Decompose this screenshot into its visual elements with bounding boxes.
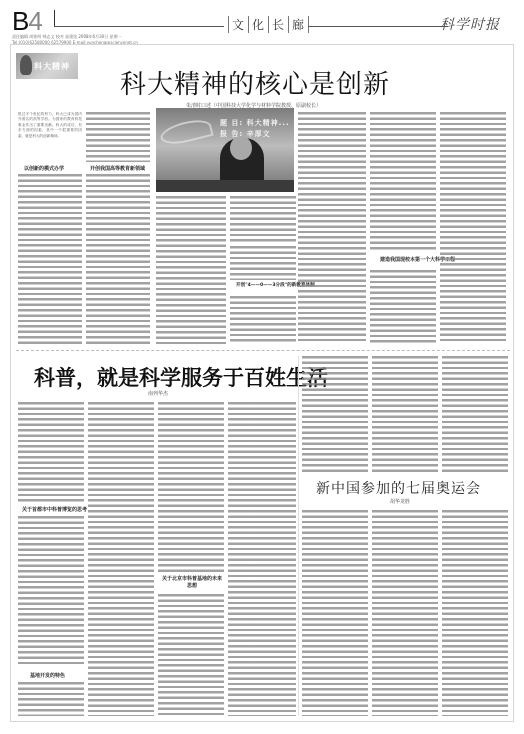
article2-col-3b: [158, 594, 224, 716]
photo-banner-text: 题 目: 科大精神... 报 告: 辛厚文: [220, 118, 294, 140]
article2-byline: 南列华杰: [148, 390, 168, 397]
article1-lead-paragraph: 报过半个世纪的努力，科大已成为国内外著名的高等学府。为国家的教育科技事业作出了重…: [18, 112, 82, 162]
article1-col-3: [156, 196, 226, 344]
article3-title: 新中国参加的七届奥运会: [316, 478, 481, 498]
article2-col-1c: [18, 682, 84, 716]
article1-col-2: [86, 174, 150, 344]
article1-col-6b: [370, 270, 436, 344]
speaker-face: [230, 136, 252, 160]
article1-subhead-1: 以创新的模式办学: [24, 165, 64, 172]
article1-col-7: [440, 112, 506, 344]
article2-subhead-3: 基地开发的特色: [30, 672, 65, 679]
section-char: 文: [228, 16, 248, 33]
article1-col-2a: [86, 112, 150, 162]
masthead: B4 文化长廊 科学时报 责任编辑 周铭明 韩志文 校对 高建选 2008年6月…: [10, 6, 516, 44]
header-rule-right: [308, 26, 448, 27]
banner-swirl: [158, 116, 213, 148]
column-logo-text: 科大精神: [34, 61, 70, 72]
article1-col-5: [298, 112, 366, 344]
article3-byline: 胡华龙胜: [390, 498, 410, 505]
article1-col-4c: [230, 296, 296, 344]
article1-col-1: [18, 174, 82, 344]
article1-col-4b: [230, 246, 296, 280]
article3-col-2b: [372, 510, 438, 716]
article2-title: 科普，就是科学服务于百姓生活: [34, 362, 328, 392]
article-divider: [16, 350, 510, 351]
article2-col-1a: [18, 402, 84, 502]
article3-col-3b: [442, 510, 508, 716]
article2-subhead-1: 关于首都市中科普博览的思考: [22, 506, 87, 513]
header-rule-left: [54, 26, 224, 27]
section-char: 长: [268, 16, 288, 33]
article1-photo: 题 目: 科大精神... 报 告: 辛厚文: [156, 108, 294, 192]
article1-title: 科大精神的核心是创新: [120, 64, 390, 101]
lead-text: 报过半个世纪的努力，科大已成为国内外著名的高等学府。为国家的教育科技事业作出了重…: [18, 112, 82, 138]
article3-col-2a: [372, 356, 438, 472]
section-name: 文化长廊: [228, 16, 309, 33]
article2-col-2: [88, 402, 154, 716]
article3-col-1b: [302, 510, 368, 716]
column-separator: [298, 356, 299, 716]
page-digit: 4: [28, 6, 41, 36]
section-char: 廊: [288, 16, 309, 33]
paper-logo: 科学时报: [440, 14, 500, 34]
article2-subhead-2: 关于北京市科普基地的未来思想: [162, 576, 222, 590]
article1-col-4a: [230, 196, 296, 242]
page-letter: B: [12, 6, 28, 36]
article1-col-6a: [370, 112, 436, 252]
article2-col-1b: [18, 516, 84, 666]
header-rule-vertical: [54, 10, 55, 27]
section-char: 化: [248, 16, 268, 33]
column-logo: 科大精神: [16, 53, 78, 79]
logo-figure-icon: [20, 55, 32, 75]
article2-col-3a: [158, 402, 224, 572]
podium: [156, 180, 294, 192]
page-number: B4: [12, 8, 42, 34]
article2-col-4: [228, 402, 296, 716]
article1-subhead-2: 开创我国高等教育新领域: [90, 165, 145, 172]
article3-col-1a: [302, 356, 368, 472]
article3-col-3a: [442, 356, 508, 472]
